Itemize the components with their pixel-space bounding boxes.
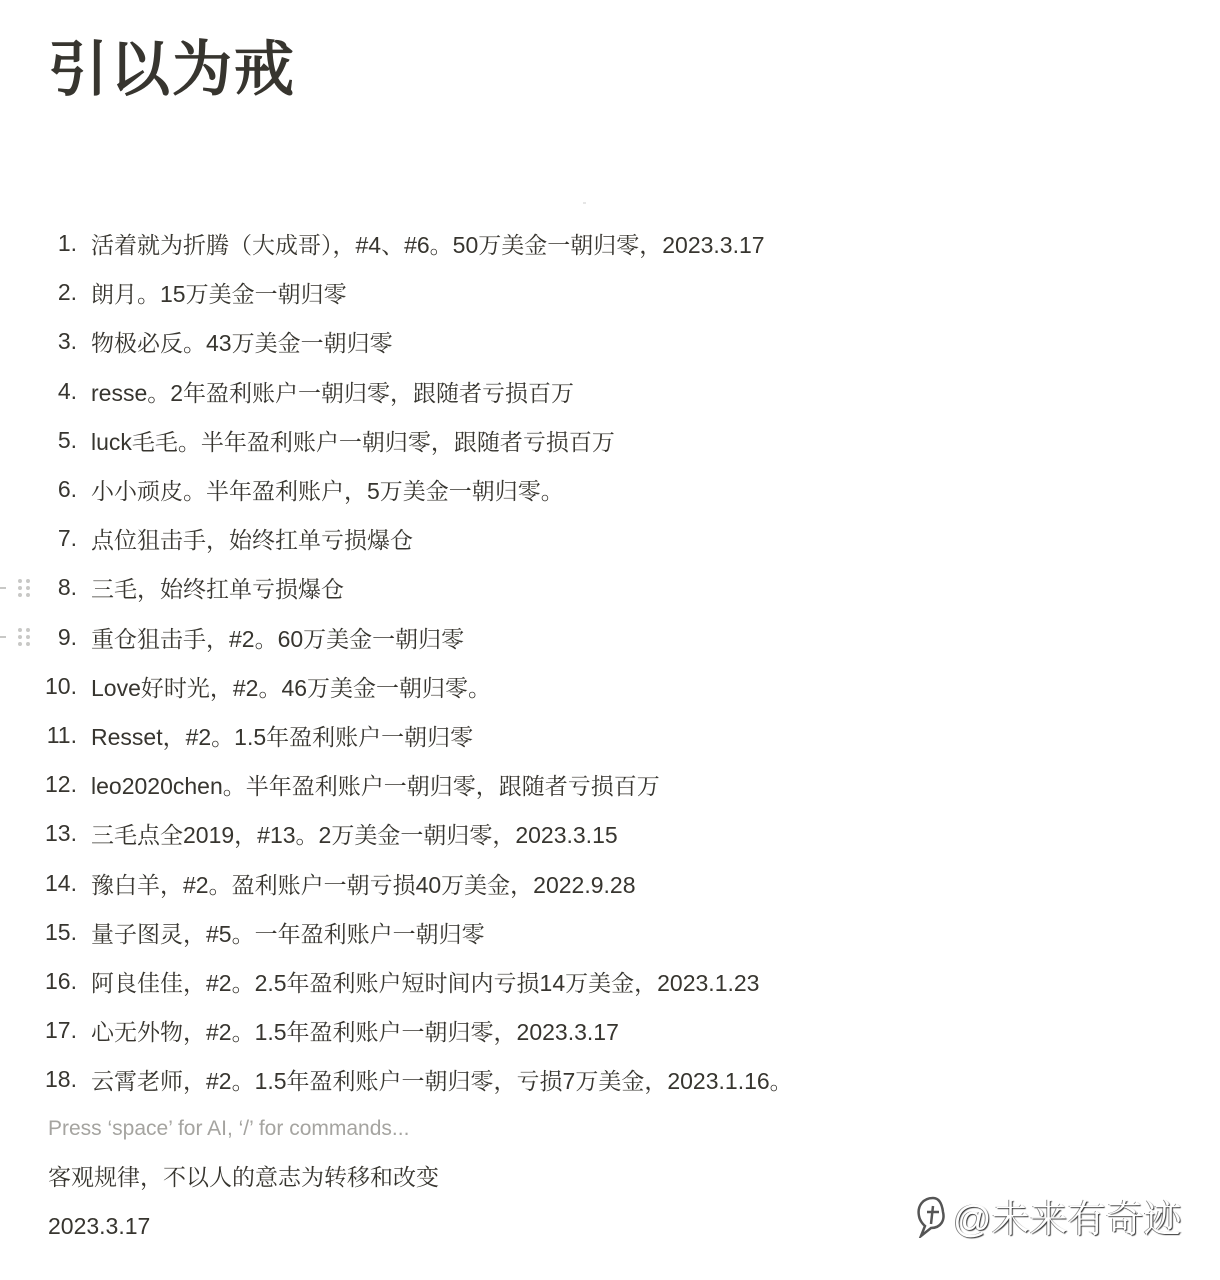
list-item[interactable]: 14. 豫白羊，#2。盈利账户一朝亏损40万美金，2022.9.28 — [0, 858, 1220, 907]
list-text[interactable]: 三毛，始终扛单亏损爆仓 — [91, 571, 344, 604]
list-text[interactable]: 三毛点全2019，#13。2万美金一朝归零，2023.3.15 — [91, 817, 618, 850]
list-number: 1. — [58, 230, 77, 257]
list-number: 12. — [45, 771, 77, 798]
watermark-text: @未来有奇迹 — [953, 1188, 1182, 1243]
list-number: 6. — [58, 476, 77, 503]
zhihu-logo-icon — [913, 1194, 949, 1238]
list-text[interactable]: Love好时光，#2。46万美金一朝归零。 — [91, 670, 491, 703]
list-number: 16. — [45, 968, 77, 995]
list-text[interactable]: Resset，#2。1.5年盈利账户一朝归零 — [91, 719, 473, 752]
list-text[interactable]: leo2020chen。半年盈利账户一朝归零，跟随者亏损百万 — [91, 768, 660, 801]
list-number: 17. — [45, 1017, 77, 1044]
list-text[interactable]: 豫白羊，#2。盈利账户一朝亏损40万美金，2022.9.28 — [91, 867, 636, 900]
paragraph-block[interactable]: 客观规律，不以人的意志为转移和改变 — [48, 1160, 439, 1194]
list-item[interactable]: 12. leo2020chen。半年盈利账户一朝归零，跟随者亏损百万 — [0, 760, 1220, 809]
list-number: 9. — [58, 624, 77, 651]
list-item[interactable]: 16. 阿良佳佳，#2。2.5年盈利账户短时间内亏损14万美金，2023.1.2… — [0, 957, 1220, 1006]
add-block-icon[interactable] — [0, 636, 6, 638]
list-number: 4. — [58, 378, 77, 405]
list-number: 2. — [58, 279, 77, 306]
block-handle — [0, 628, 30, 646]
list-item[interactable]: 10. Love好时光，#2。46万美金一朝归零。 — [0, 662, 1220, 711]
drag-handle-icon[interactable] — [18, 628, 30, 646]
list-number: 14. — [45, 870, 77, 897]
empty-block-placeholder[interactable]: Press ‘space’ for AI, ‘/’ for commands..… — [48, 1112, 409, 1146]
list-number: 5. — [58, 427, 77, 454]
list-text[interactable]: 朗月。15万美金一朝归零 — [91, 276, 347, 309]
list-text[interactable]: 活着就为折腾（大成哥），#4、#6。50万美金一朝归零，2023.3.17 — [91, 227, 765, 260]
block-handle — [0, 579, 30, 597]
numbered-list: 1. 活着就为折腾（大成哥），#4、#6。50万美金一朝归零，2023.3.17… — [0, 219, 1220, 1104]
list-text[interactable]: 云霄老师，#2。1.5年盈利账户一朝归零，亏损7万美金，2023.1.16。 — [91, 1063, 793, 1096]
list-item[interactable]: 6. 小小顽皮。半年盈利账户，5万美金一朝归零。 — [0, 465, 1220, 514]
list-text[interactable]: 重仓狙击手，#2。60万美金一朝归零 — [91, 621, 464, 654]
list-text[interactable]: 物极必反。43万美金一朝归零 — [91, 325, 393, 358]
date-paragraph-block[interactable]: 2023.3.17 — [48, 1209, 150, 1243]
list-number: 8. — [58, 574, 77, 601]
list-number: 11. — [47, 722, 77, 749]
list-number: 15. — [45, 919, 77, 946]
list-item[interactable]: 17. 心无外物，#2。1.5年盈利账户一朝归零，2023.3.17 — [0, 1006, 1220, 1055]
list-number: 18. — [45, 1066, 77, 1093]
drag-handle-icon[interactable] — [18, 579, 30, 597]
list-item[interactable]: 3. 物极必反。43万美金一朝归零 — [0, 317, 1220, 366]
page-title[interactable]: 引以为戒 — [48, 30, 296, 110]
list-number: 3. — [58, 328, 77, 355]
list-text[interactable]: resse。2年盈利账户一朝归零，跟随者亏损百万 — [91, 375, 574, 408]
list-item[interactable]: 4. resse。2年盈利账户一朝归零，跟随者亏损百万 — [0, 367, 1220, 416]
list-item[interactable]: 11. Resset，#2。1.5年盈利账户一朝归零 — [0, 711, 1220, 760]
list-text[interactable]: 小小顽皮。半年盈利账户，5万美金一朝归零。 — [91, 473, 564, 506]
list-item[interactable]: 8. 三毛，始终扛单亏损爆仓 — [0, 563, 1220, 612]
list-item[interactable]: 9. 重仓狙击手，#2。60万美金一朝归零 — [0, 613, 1220, 662]
watermark: @未来有奇迹 — [913, 1188, 1182, 1243]
list-item[interactable]: 7. 点位狙击手，始终扛单亏损爆仓 — [0, 514, 1220, 563]
list-item[interactable]: 18. 云霄老师，#2。1.5年盈利账户一朝归零，亏损7万美金，2023.1.1… — [0, 1055, 1220, 1104]
list-text[interactable]: 阿良佳佳，#2。2.5年盈利账户短时间内亏损14万美金，2023.1.23 — [91, 965, 759, 998]
stray-mark — [583, 202, 586, 204]
list-text[interactable]: 量子图灵，#5。一年盈利账户一朝归零 — [91, 916, 485, 949]
list-text[interactable]: 心无外物，#2。1.5年盈利账户一朝归零，2023.3.17 — [91, 1014, 619, 1047]
list-item[interactable]: 2. 朗月。15万美金一朝归零 — [0, 268, 1220, 317]
list-text[interactable]: 点位狙击手，始终扛单亏损爆仓 — [91, 522, 413, 555]
list-number: 7. — [58, 525, 77, 552]
list-item[interactable]: 13. 三毛点全2019，#13。2万美金一朝归零，2023.3.15 — [0, 809, 1220, 858]
list-item[interactable]: 15. 量子图灵，#5。一年盈利账户一朝归零 — [0, 908, 1220, 957]
list-number: 13. — [45, 820, 77, 847]
list-text[interactable]: luck毛毛。半年盈利账户一朝归零，跟随者亏损百万 — [91, 424, 615, 457]
list-item[interactable]: 5. luck毛毛。半年盈利账户一朝归零，跟随者亏损百万 — [0, 416, 1220, 465]
list-item[interactable]: 1. 活着就为折腾（大成哥），#4、#6。50万美金一朝归零，2023.3.17 — [0, 219, 1220, 268]
add-block-icon[interactable] — [0, 587, 6, 589]
list-number: 10. — [45, 673, 77, 700]
